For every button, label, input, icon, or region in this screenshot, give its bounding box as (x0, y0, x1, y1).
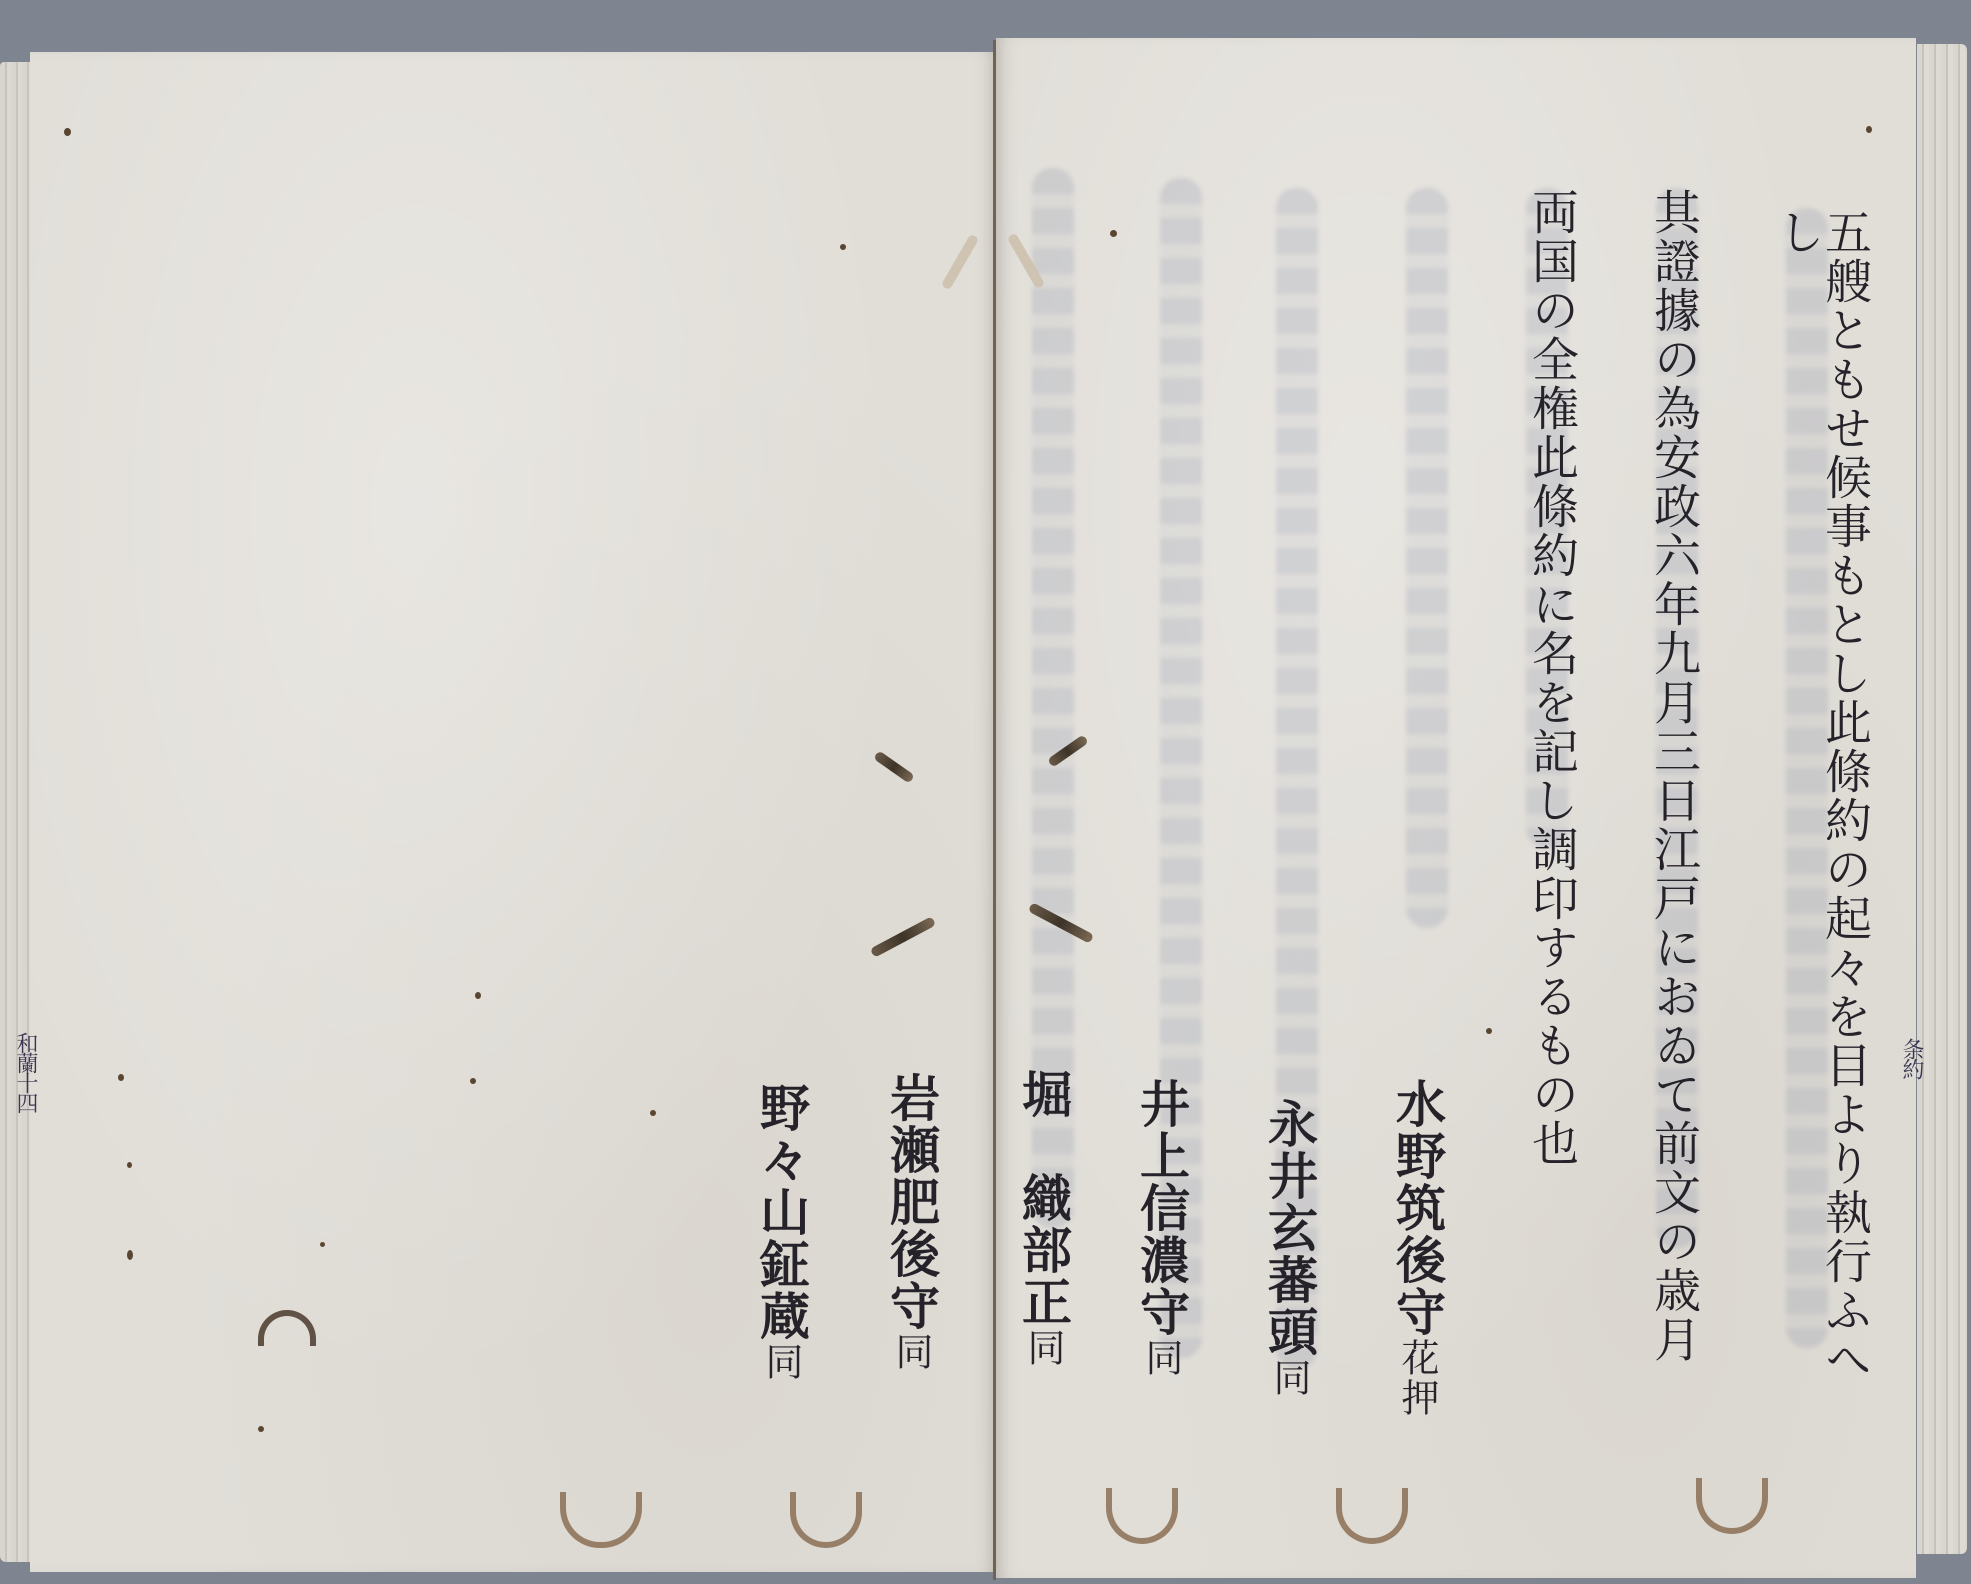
wormhole (118, 1074, 124, 1081)
bleed-through-text (1406, 188, 1448, 928)
wormhole (64, 128, 71, 136)
body-text-column-1: 五艘ともせ候事もとし此條約の起々を目より執行ふへし (1774, 208, 1868, 1408)
signatory-nagai: 永井玄蕃頭同 (1264, 1098, 1314, 1498)
wormhole-trail (258, 1310, 316, 1346)
wormhole (258, 1426, 264, 1432)
wormhole (1110, 230, 1117, 237)
signatory-hori: 堀 織部正同 (1018, 1068, 1068, 1488)
wormhole-trail (870, 916, 937, 958)
margin-label-right: 条約 (1896, 1038, 1927, 1078)
right-page: 五艘ともせ候事もとし此條約の起々を目より執行ふへし 其證據の為安政六年九月三日江… (996, 38, 1916, 1578)
wormhole (1486, 1028, 1492, 1034)
signatory-iwase: 岩瀬肥後守同 (886, 1072, 936, 1492)
wormhole-trail (941, 234, 980, 291)
wormhole (840, 244, 846, 250)
signatory-nonoyama: 野々山鉦蔵同 (756, 1082, 806, 1502)
wormhole (127, 1162, 132, 1168)
wormhole (1866, 126, 1872, 133)
wormhole (320, 1242, 325, 1247)
wormhole-trail (1696, 1478, 1768, 1534)
body-text-column-3: 両国の全権此條約に名を記し調印するもの也 (1528, 188, 1575, 1308)
wormhole-trail (560, 1492, 642, 1548)
right-page-edges (1917, 44, 1967, 1554)
open-book: 岩瀬肥後守同 野々山鉦蔵同 和蘭十四 五艘ともせ候事もとし此條約の起々を目より執… (0, 0, 1971, 1584)
signatory-mizuno: 水野筑後守花押 (1392, 1078, 1442, 1508)
wormhole (475, 992, 481, 999)
wormhole (127, 1250, 133, 1260)
wormhole (470, 1078, 476, 1084)
body-text-column-2: 其證據の為安政六年九月三日江戸におゐて前文の歳月 (1650, 188, 1697, 1458)
signatory-inoue: 井上信濃守同 (1136, 1078, 1186, 1498)
wormhole (650, 1110, 656, 1116)
margin-label-left: 和蘭十四 (10, 1032, 41, 1112)
left-page: 岩瀬肥後守同 野々山鉦蔵同 和蘭十四 (30, 52, 996, 1572)
wormhole-trail (873, 750, 915, 783)
